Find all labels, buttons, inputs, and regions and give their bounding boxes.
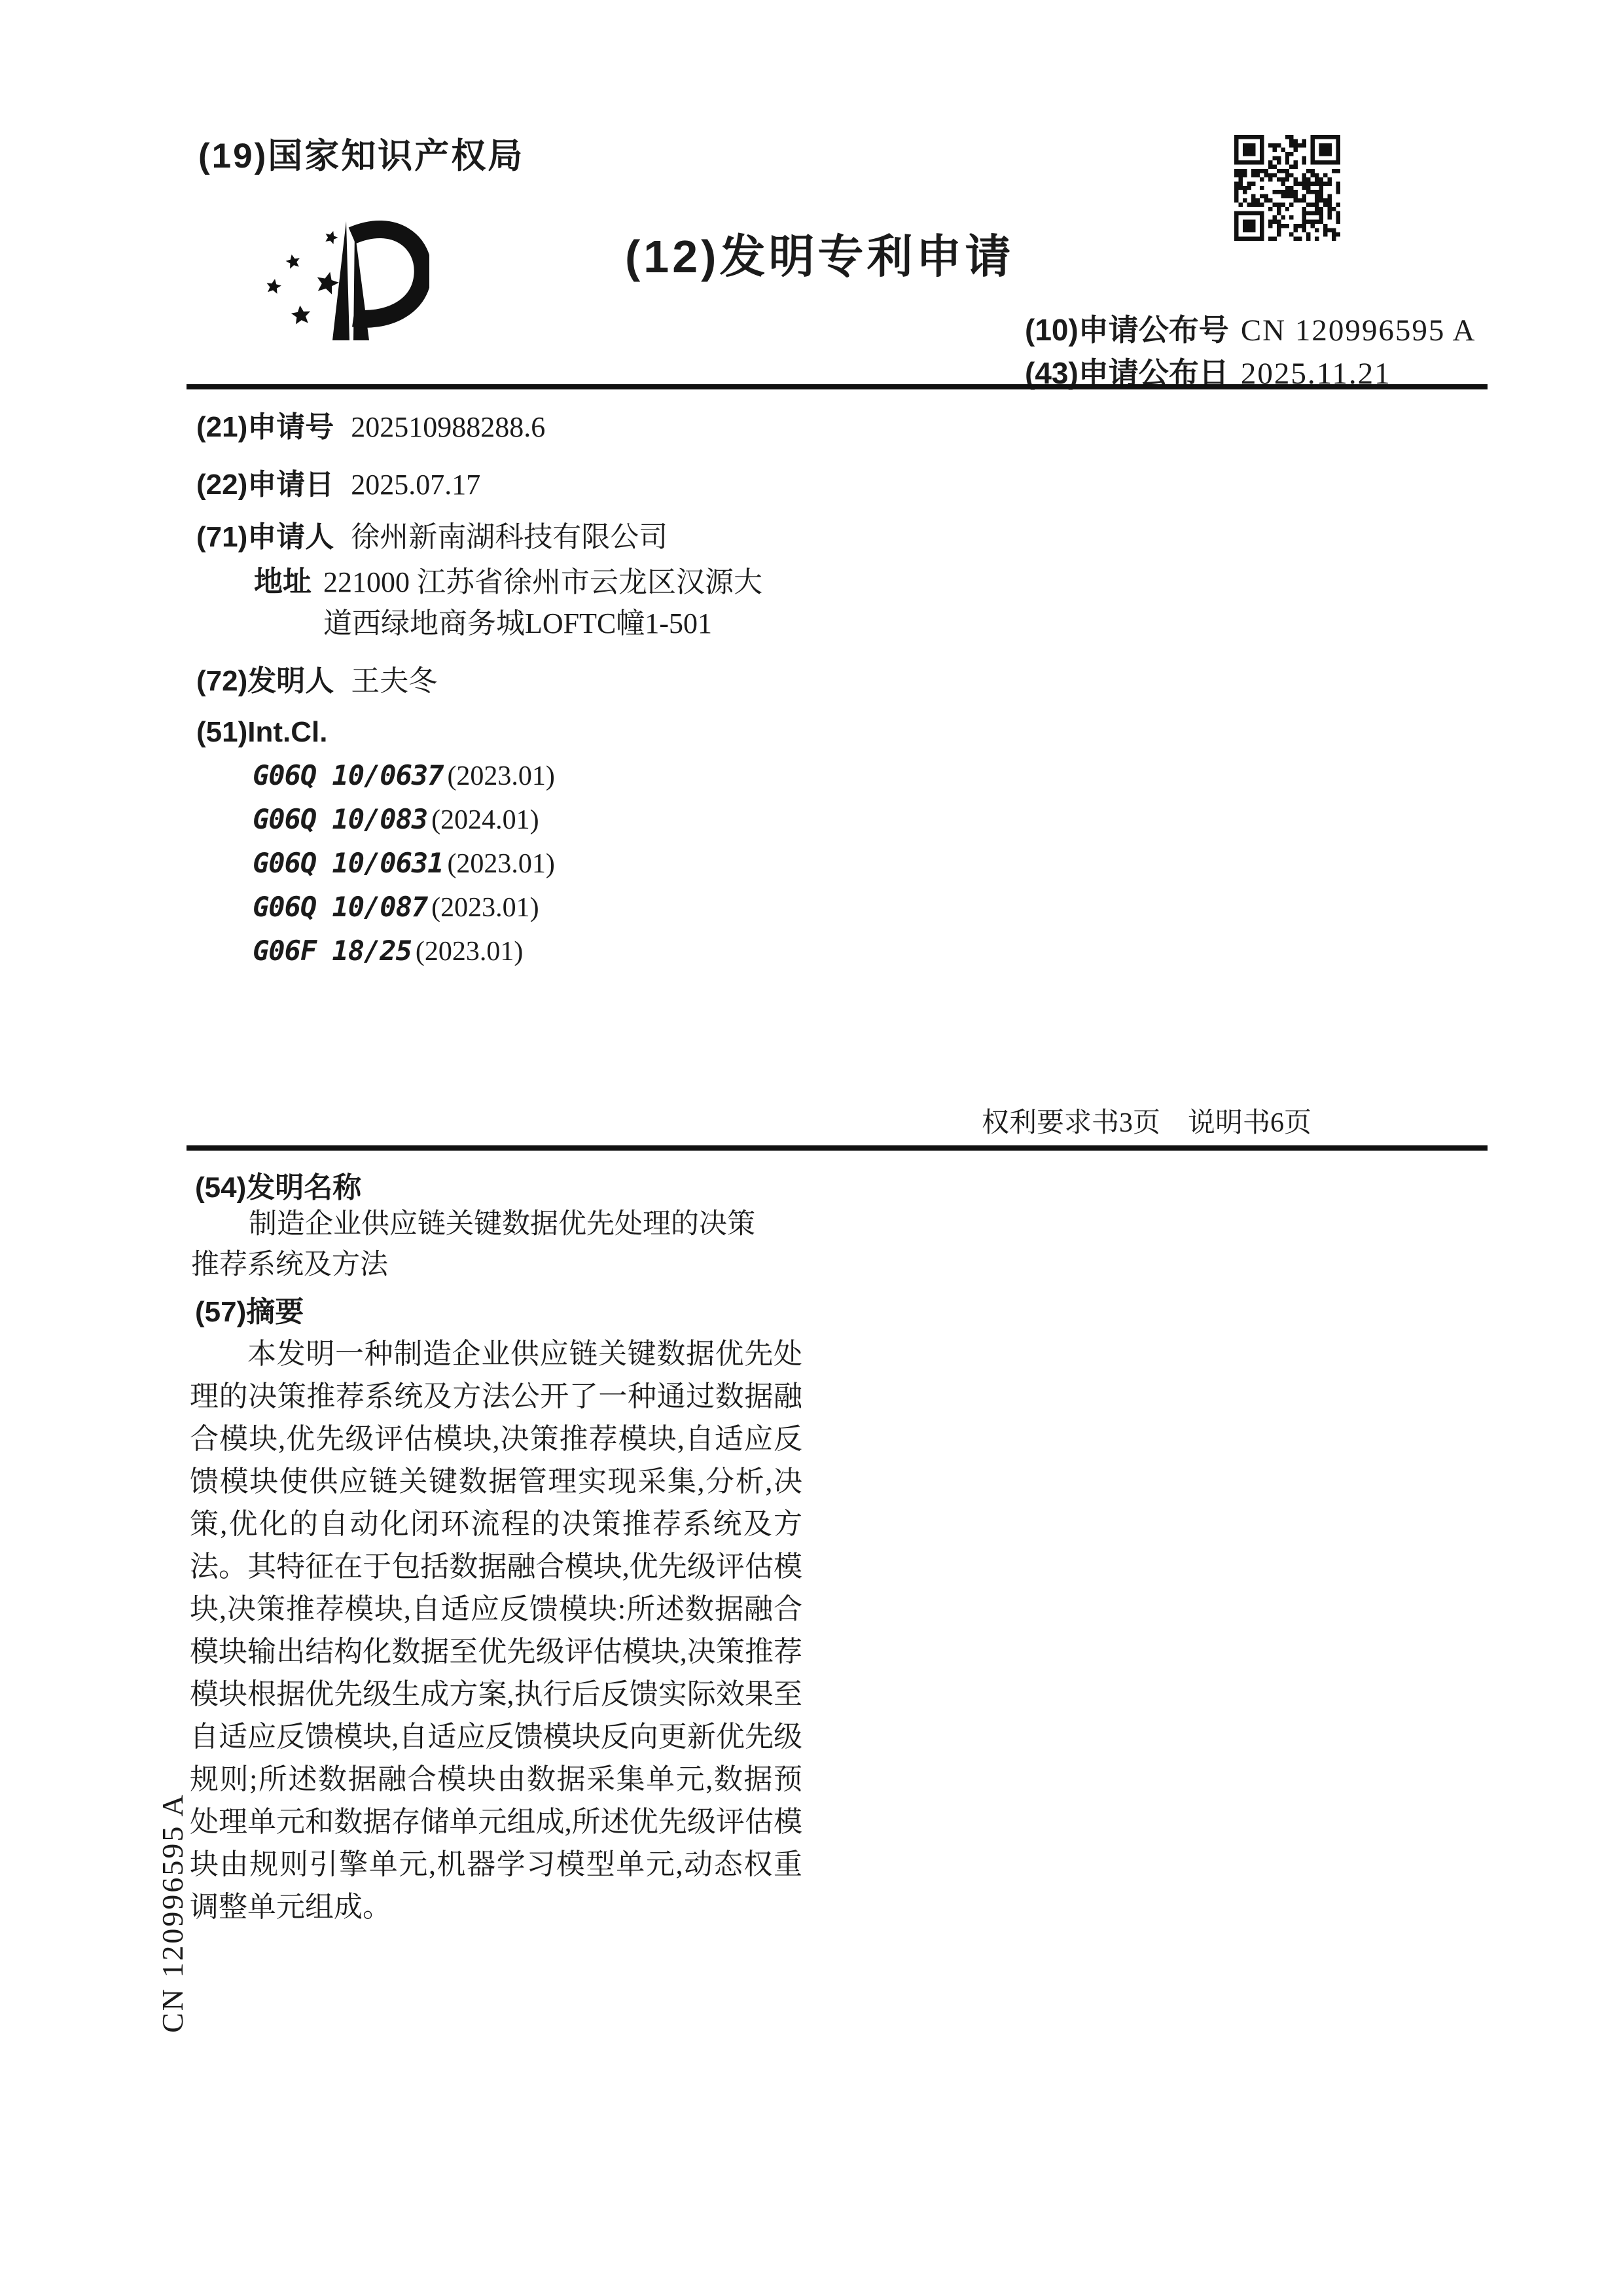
application-number-row: (21)申请号202510988288.6 [196, 403, 545, 445]
publication-number-row: (10)申请公布号CN 120996595 A [1025, 306, 1476, 350]
classification-code: G06Q 10/083 [253, 803, 427, 835]
address-label: 地址 [254, 558, 312, 600]
qr-code-icon [1234, 135, 1340, 241]
cnipa-logo-icon [254, 216, 429, 346]
address-line-2: 道西绿地商务城LOFTC幢1-501 [323, 600, 712, 641]
inventor-row: (72)发明人王夫冬 [196, 657, 437, 699]
classification-code: G06Q 10/087 [253, 891, 427, 923]
classification-year: (2023.01) [431, 893, 539, 923]
classification-item: G06Q 10/0637(2023.01) [253, 759, 555, 792]
classification-year: (2023.01) [447, 761, 554, 791]
application-number-value: 202510988288.6 [351, 411, 545, 443]
classification-code: G06Q 10/0631 [253, 847, 443, 879]
abstract-text: 本发明一种制造企业供应链关键数据优先处理的决策推荐系统及方法公开了一种通过数据融… [190, 1333, 802, 1928]
office-name: (19)国家知识产权局 [198, 128, 524, 178]
intcl-label: (51)Int.Cl. [196, 716, 327, 748]
classification-year: (2023.01) [416, 937, 523, 967]
applicant-value: 徐州新南湖科技有限公司 [351, 521, 668, 553]
patent-front-page: (19)国家知识产权局 (12)发明专利申请 (10)申请公布号CN 12099… [0, 0, 1623, 2296]
inventor-label: (72)发明人 [196, 665, 334, 697]
invention-title-line-1: 制造企业供应链关键数据优先处理的决策 [191, 1204, 804, 1245]
publication-number-value: CN 120996595 A [1241, 314, 1476, 348]
abstract-label: (57)摘要 [195, 1288, 304, 1330]
filing-date-row: (22)申请日2025.07.17 [196, 461, 480, 503]
classification-year: (2023.01) [447, 849, 554, 879]
publication-number-label: (10)申请公布号 [1025, 313, 1229, 347]
applicant-label: (71)申请人 [196, 521, 334, 553]
applicant-row: (71)申请人徐州新南湖科技有限公司 [196, 513, 668, 555]
classification-code: G06F 18/25 [253, 935, 412, 967]
filing-date-label: (22)申请日 [196, 469, 334, 501]
filing-date-value: 2025.07.17 [351, 469, 480, 501]
claims-pages: 权利要求书3页 [982, 1108, 1160, 1138]
invention-title-label: (54)发明名称 [195, 1164, 361, 1206]
invention-title-line-2: 推荐系统及方法 [191, 1245, 804, 1285]
classification-item: G06Q 10/083(2024.01) [253, 803, 539, 836]
document-type-title: (12)发明专利申请 [625, 220, 1014, 286]
header-divider-rule [187, 384, 1488, 389]
classification-item: G06Q 10/087(2023.01) [253, 891, 539, 924]
invention-title: 制造企业供应链关键数据优先处理的决策 推荐系统及方法 [191, 1204, 804, 1285]
classification-code: G06Q 10/0637 [253, 759, 443, 791]
classification-item: G06F 18/25(2023.01) [253, 935, 523, 967]
body-divider-rule [187, 1145, 1488, 1151]
address-line-1: 221000 江苏省徐州市云龙区汉源大 [323, 558, 762, 600]
description-pages: 说明书6页 [1188, 1108, 1311, 1138]
inventor-value: 王夫冬 [351, 665, 437, 697]
application-number-label: (21)申请号 [196, 411, 334, 443]
side-publication-code: CN 120996595 A [155, 1793, 190, 2033]
classification-year: (2024.01) [431, 805, 539, 835]
pages-info: 权利要求书3页说明书6页 [982, 1101, 1311, 1140]
intcl-row: (51)Int.Cl. [196, 716, 327, 749]
classification-item: G06Q 10/0631(2023.01) [253, 847, 555, 880]
